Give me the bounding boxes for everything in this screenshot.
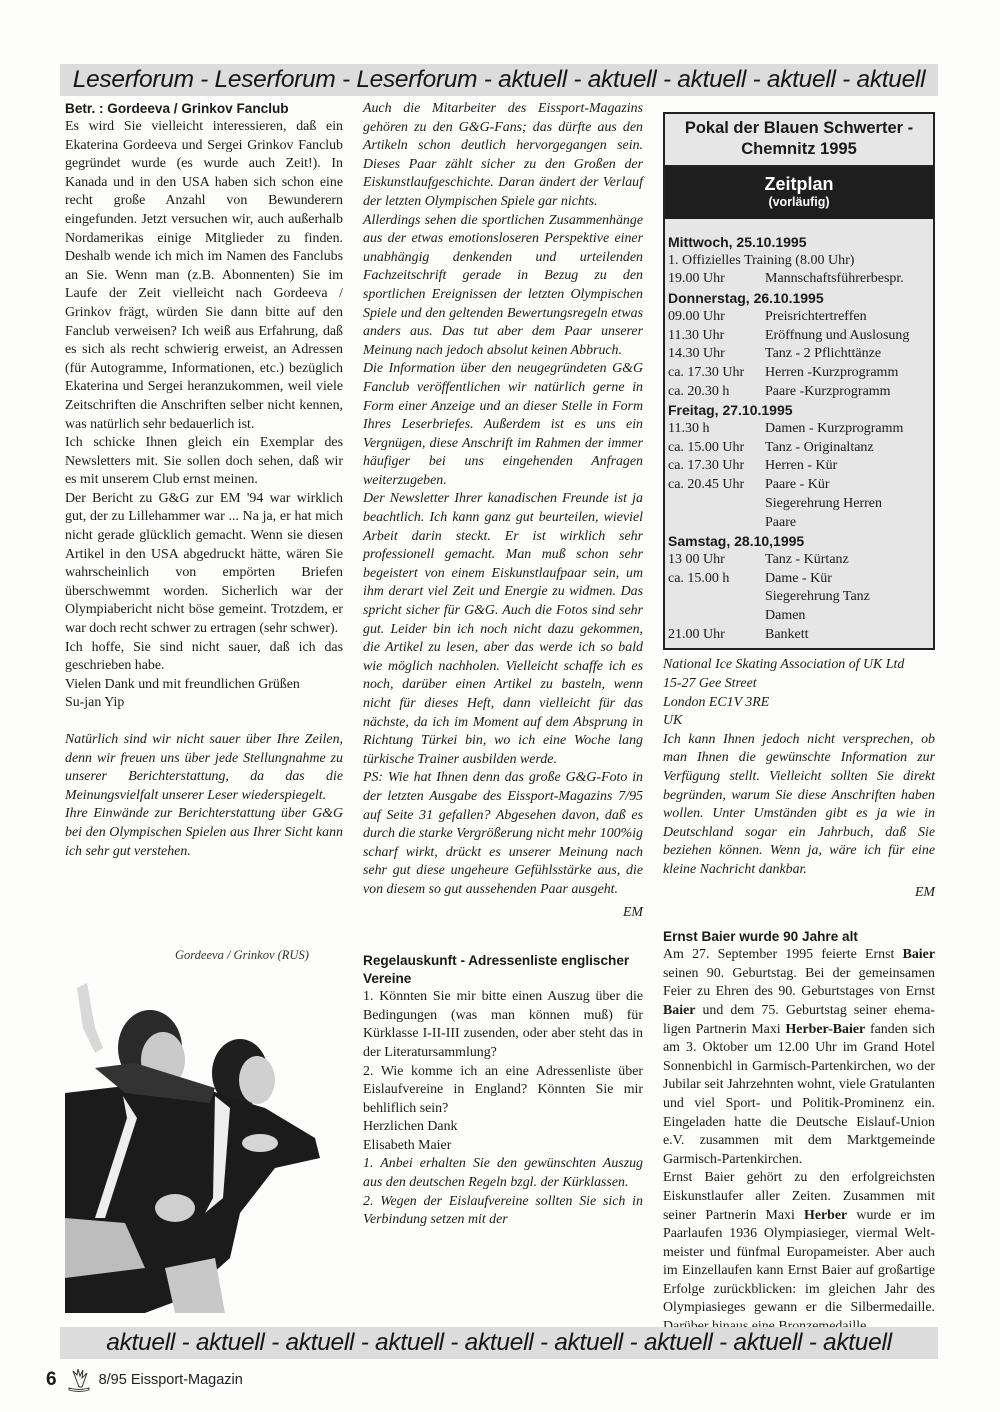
article-paragraph: Am 27. September 1995 feierte Ernst Baie… (663, 946, 935, 1169)
schedule-row: ca. 15.00 UhrTanz - Originaltanz (668, 439, 930, 458)
letter1-reply: Natürlich sind wir nicht sauer über Ihre… (65, 731, 343, 805)
schedule-time (668, 495, 765, 514)
letter2-closing: Herzlichen Dank (363, 1118, 643, 1137)
letter1-closing: Vielen Dank und mit freundlichen Grüßen (65, 676, 343, 695)
article-paragraph: Ernst Baier gehört zu den erfolgreichste… (663, 1169, 935, 1336)
schedule-day-heading: Mittwoch, 25.10.1995 (668, 233, 930, 252)
schedule-event: Preisrichtertreffen (765, 308, 930, 327)
schedule-event: Herren - Kür (765, 457, 930, 476)
schedule-row: 13 00 UhrTanz - Kürtanz (668, 551, 930, 570)
letter1-author: Su-jan Yip (65, 694, 343, 713)
schedule-day-heading: Donnerstag, 26.10.1995 (668, 289, 930, 308)
schedule-row: 11.30 hDamen - Kurzprogramm (668, 420, 930, 439)
article-heading: Ernst Baier wurde 90 Jahre alt (663, 928, 935, 946)
letter2-paragraph: 1. Könnten Sie mir bitte einen Auszug üb… (363, 988, 643, 1062)
address-line: UK (663, 712, 935, 731)
skating-pair-photo (65, 968, 340, 1313)
letter1-paragraph: Ich schicke Ihnen gleich ein Exemplar de… (65, 434, 343, 490)
schedule-row: 09.00 UhrPreisrichtertreffen (668, 308, 930, 327)
address-line: London EC1V 3RE (663, 694, 935, 713)
bold-name: Baier (663, 1003, 695, 1018)
header-banner: Leserforum - Leserforum - Leserforum - a… (60, 64, 938, 96)
bold-name: Herber (804, 1208, 847, 1223)
letter2-reply: 1. Anbei erhalten Sie den gewünschten Au… (363, 1155, 643, 1192)
footer-banner: aktuell - aktuell - aktuell - aktuell - … (60, 1327, 938, 1359)
letter1-paragraph: Ich hoffe, Sie sind nicht sauer, daß ich… (65, 639, 343, 676)
address-line: 15-27 Gee Street (663, 675, 935, 694)
photo-figure: Gordeeva / Grinkov (RUS) (65, 948, 345, 1328)
schedule-event: Herren -Kurzprogramm (765, 364, 930, 383)
schedule-time: ca. 17.30 Uhr (668, 364, 765, 383)
letter2-reply-cont: Ich kann Ihnen jedoch nicht versprechen,… (663, 731, 935, 880)
schedule-time: 19.00 Uhr (668, 270, 765, 289)
schedule-note: (vorläufig) (665, 195, 933, 209)
column-2: Auch die Mitarbeiter des Eissport-Magazi… (363, 100, 643, 1230)
schedule-time: ca. 15.00 Uhr (668, 439, 765, 458)
address-line: National Ice Skating Association of UK L… (663, 656, 935, 675)
schedule-time: ca. 15.00 h (668, 570, 765, 589)
schedule-event: Paare (765, 514, 930, 533)
schedule-row: ca. 20.45 UhrPaare - Kür (668, 476, 930, 495)
editor-signature: EM (663, 884, 935, 903)
reply-paragraph: PS: Wie hat Ihnen denn das große G&G-Fot… (363, 769, 643, 899)
editor-signature: EM (363, 904, 643, 923)
schedule-list: Mittwoch, 25.10.19951. Offizielles Train… (665, 219, 933, 648)
letter2-heading: Regelauskunft - Adressenliste englischer… (363, 952, 643, 988)
schedule-row: Paare (668, 514, 930, 533)
reply-paragraph: Allerdings sehen die sportlichen Zusamme… (363, 212, 643, 361)
photo-caption: Gordeeva / Grinkov (RUS) (175, 948, 309, 963)
page-number: 6 (46, 1369, 57, 1391)
schedule-row: ca. 17.30 UhrHerren -Kurzprogramm (668, 364, 930, 383)
schedule-time (668, 588, 765, 607)
bold-name: Herber-Baier (785, 1022, 865, 1037)
schedule-subtitle: Zeitplan (665, 173, 933, 195)
column-1: Betr. : Gordeeva / Grinkov Fanclub Es wi… (65, 100, 343, 861)
schedule-row: 14.30 UhrTanz - 2 Pflichttänze (668, 345, 930, 364)
letter2-author: Elisabeth Maier (363, 1137, 643, 1156)
schedule-row: 11.30 UhrEröffnung und Auslosung (668, 327, 930, 346)
schedule-day-heading: Samstag, 28.10,1995 (668, 532, 930, 551)
schedule-event: 1. Offizielles Training (8.00 Uhr) (668, 252, 854, 271)
schedule-time: ca. 20.45 Uhr (668, 476, 765, 495)
schedule-event: Mannschaftsführerbespr. (765, 270, 930, 289)
schedule-time: ca. 20.30 h (668, 383, 765, 402)
schedule-event: Tanz - Kürtanz (765, 551, 930, 570)
schedule-event: Eröffnung und Auslosung (765, 327, 930, 346)
reply-paragraph: Der Newsletter Ihrer kanadischen Freunde… (363, 490, 643, 769)
letter1-heading: Betr. : Gordeeva / Grinkov Fanclub (65, 100, 343, 118)
schedule-row: Damen (668, 607, 930, 626)
schedule-event: Paare -Kurzprogramm (765, 383, 930, 402)
schedule-row: ca. 20.30 hPaare -Kurzprogramm (668, 383, 930, 402)
schedule-event: Paare - Kür (765, 476, 930, 495)
schedule-row: ca. 15.00 hDame - Kür (668, 570, 930, 589)
reply-paragraph: Die Information über den neugegründeten … (363, 360, 643, 490)
schedule-event: Damen - Kurzprogramm (765, 420, 930, 439)
schedule-event: Siegerehrung Herren (765, 495, 930, 514)
schedule-time (668, 514, 765, 533)
schedule-event: Dame - Kür (765, 570, 930, 589)
schedule-title: Pokal der Blauen Schwerter - Chemnitz 19… (665, 114, 933, 167)
schedule-event: Tanz - Originaltanz (765, 439, 930, 458)
schedule-event: Tanz - 2 Pflichttänze (765, 345, 930, 364)
schedule-time: 11.30 h (668, 420, 765, 439)
schedule-row: 19.00 UhrMannschaftsführerbespr. (668, 270, 930, 289)
schedule-time: 09.00 Uhr (668, 308, 765, 327)
schedule-row: Siegerehrung Tanz (668, 588, 930, 607)
schedule-subheader: Zeitplan (vorläufig) (665, 167, 933, 219)
reply-paragraph: Auch die Mitarbeiter des Eissport-Magazi… (363, 100, 643, 212)
letter1-paragraph: Es wird Sie vielleicht interessieren, da… (65, 118, 343, 434)
schedule-row: 1. Offizielles Training (8.00 Uhr) (668, 252, 930, 271)
schedule-time: 11.30 Uhr (668, 327, 765, 346)
letter1-paragraph: Der Bericht zu G&G zur EM '94 war wirkli… (65, 490, 343, 639)
letter2-reply: 2. Wegen der Eislaufvereine sollten Sie … (363, 1193, 643, 1230)
schedule-box: Pokal der Blauen Schwerter - Chemnitz 19… (663, 112, 935, 650)
schedule-time (668, 607, 765, 626)
schedule-day-heading: Freitag, 27.10.1995 (668, 401, 930, 420)
letter2-paragraph: 2. Wie komme ich an eine Adressenliste ü… (363, 1063, 643, 1119)
schedule-event: Damen (765, 607, 930, 626)
skater-wing-logo-icon (65, 1367, 93, 1393)
bold-name: Baier (903, 947, 935, 962)
schedule-time: 21.00 Uhr (668, 626, 765, 645)
schedule-row: ca. 17.30 UhrHerren - Kür (668, 457, 930, 476)
schedule-time: 14.30 Uhr (668, 345, 765, 364)
publication-issue: 8/95 Eissport-Magazin (99, 1372, 243, 1388)
schedule-time: ca. 17.30 Uhr (668, 457, 765, 476)
schedule-event: Siegerehrung Tanz (765, 588, 930, 607)
schedule-row: 21.00 UhrBankett (668, 626, 930, 645)
schedule-row: Siegerehrung Herren (668, 495, 930, 514)
letter1-reply: Ihre Einwände zur Berichterstattung über… (65, 805, 343, 861)
schedule-event: Bankett (765, 626, 930, 645)
column-3: Pokal der Blauen Schwerter - Chemnitz 19… (663, 96, 935, 1337)
schedule-time: 13 00 Uhr (668, 551, 765, 570)
page-footer: 6 8/95 Eissport-Magazin (46, 1367, 243, 1393)
